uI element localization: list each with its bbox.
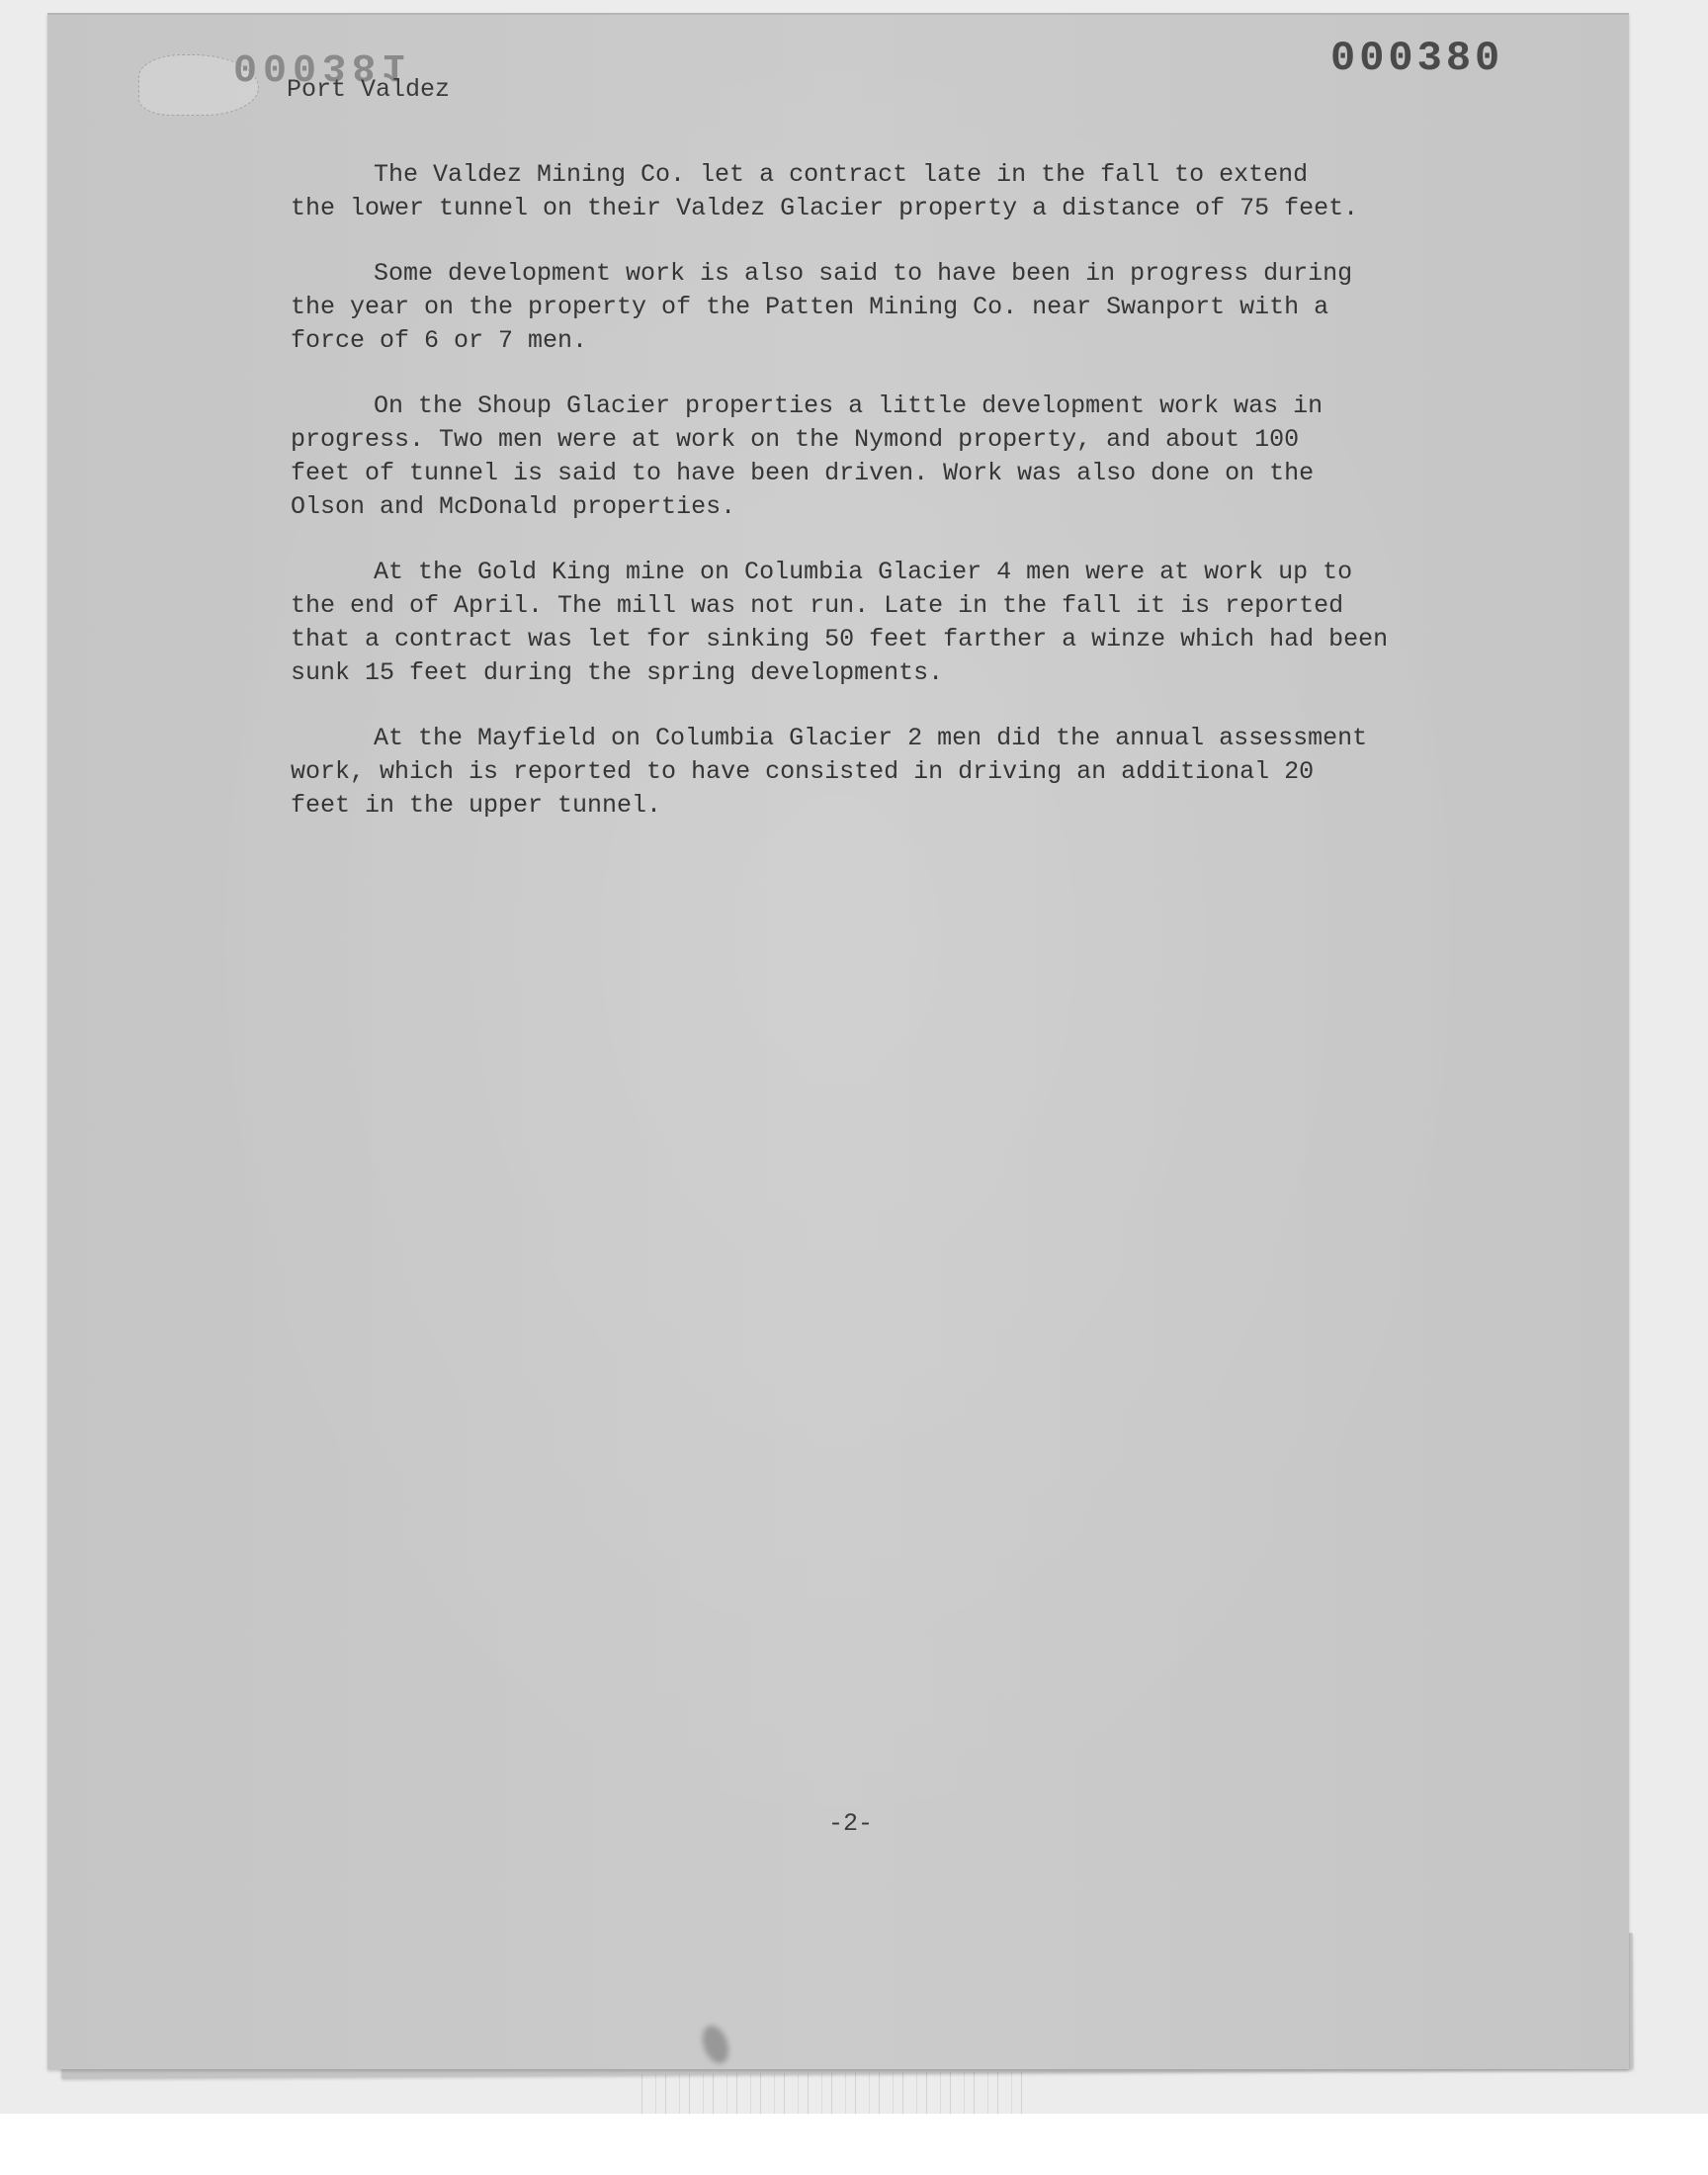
paragraph-shoup-glacier: On the Shoup Glacier properties a little… xyxy=(291,390,1536,524)
bates-stamp-number: 000380 xyxy=(1330,35,1503,82)
page-number: -2- xyxy=(828,1809,873,1838)
paragraph-valdez-mining: The Valdez Mining Co. let a contract lat… xyxy=(291,158,1536,225)
paragraph-gold-king: At the Gold King mine on Columbia Glacie… xyxy=(291,556,1536,690)
document-body: The Valdez Mining Co. let a contract lat… xyxy=(291,158,1536,854)
document-header-location: Port Valdez xyxy=(287,75,450,104)
paragraph-patten-mining: Some development work is also said to ha… xyxy=(291,257,1536,358)
paragraph-mayfield: At the Mayfield on Columbia Glacier 2 me… xyxy=(291,722,1536,823)
